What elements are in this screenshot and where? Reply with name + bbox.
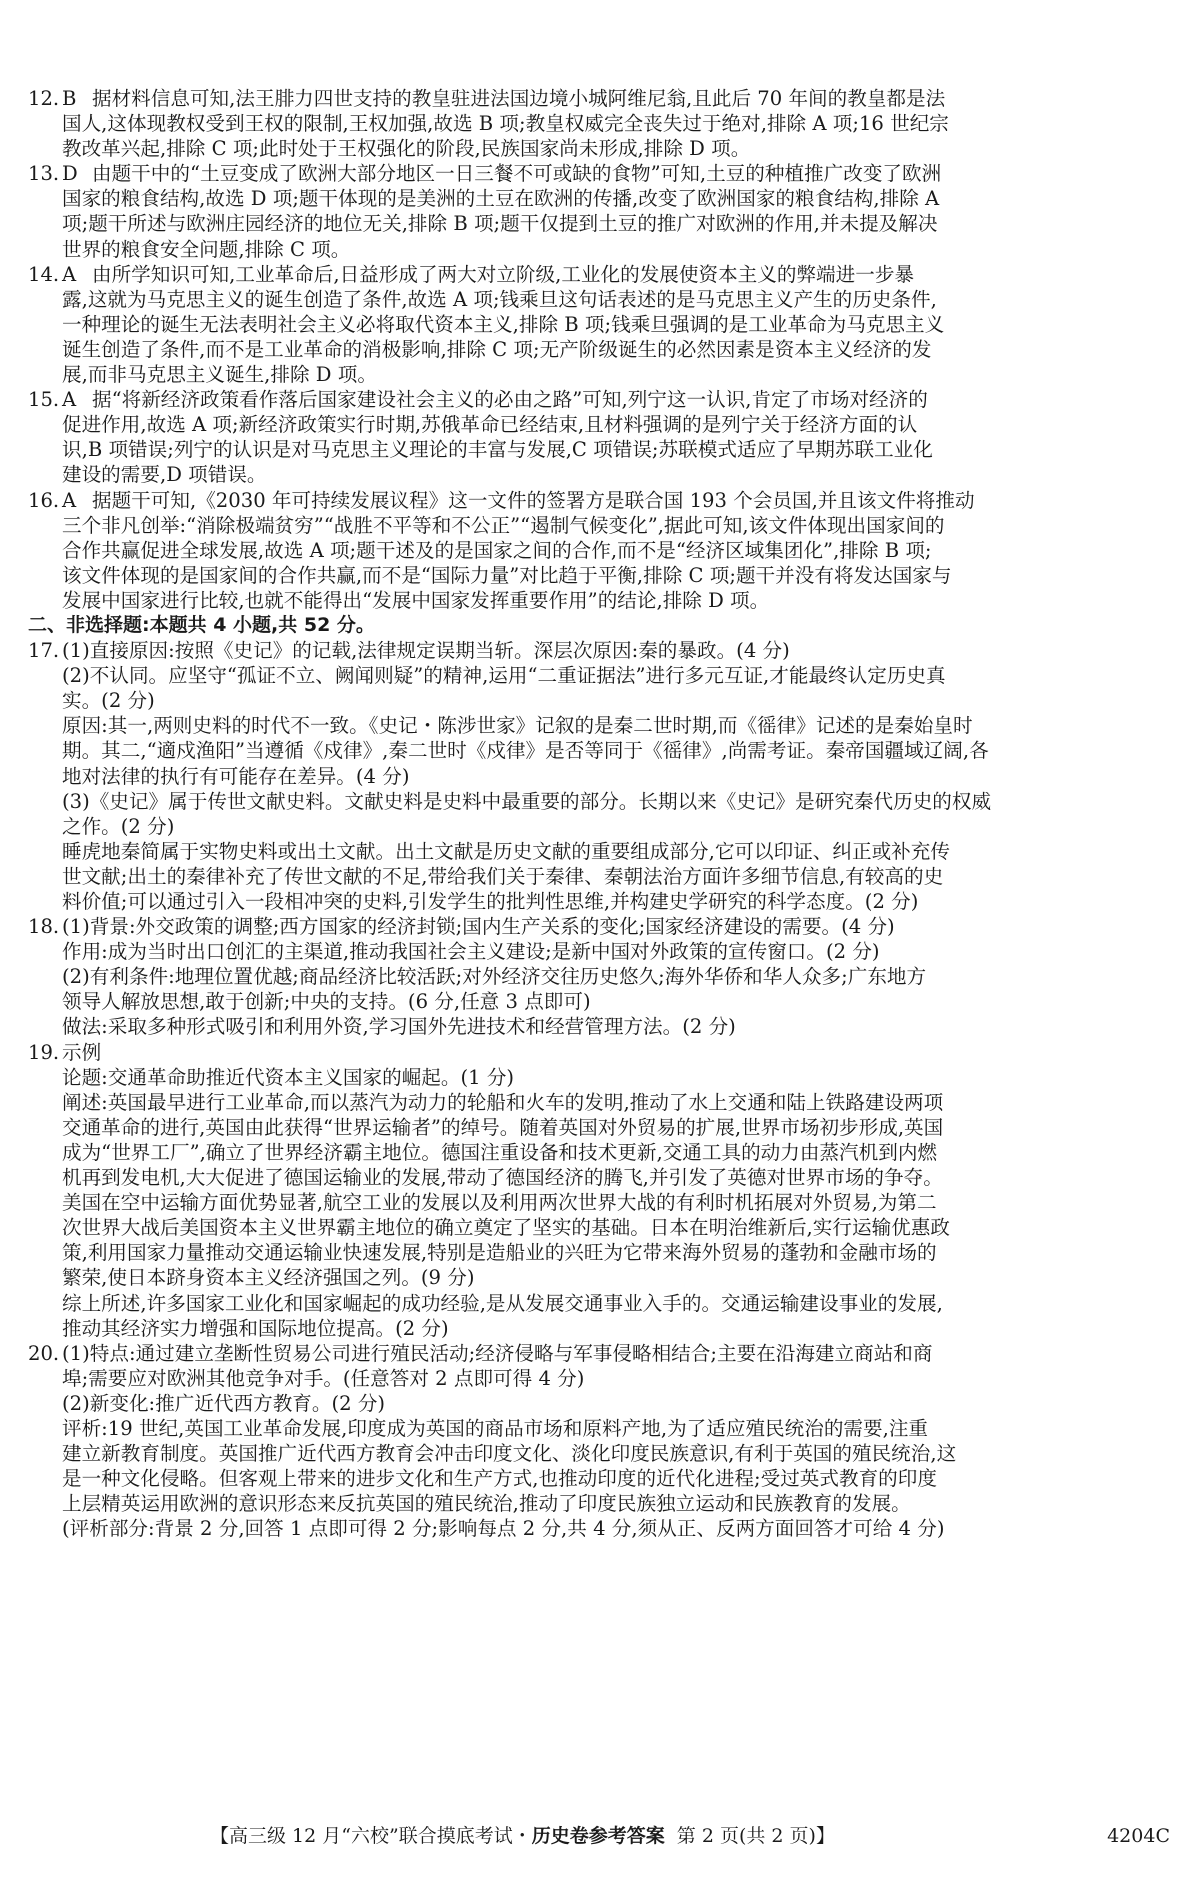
question-16: 16.A据题干可知,《2030 年可持续发展议程》这一文件的签署方是联合国 19… [28,488,1180,613]
answer-line: 12.B据材料信息可知,法王腓力四世支持的教皇驻进法国边境小城阿维尼翁,且此后 … [28,86,1180,111]
footer-exam-name: 高三级 12 月“六校”联合摸底考试・ [229,1825,532,1847]
answer-line: 16.A据题干可知,《2030 年可持续发展议程》这一文件的签署方是联合国 19… [28,488,1180,513]
answer-line: 料价值;可以通过引入一段相冲突的史料,引发学生的批判性思维,并构建史学研究的科学… [28,889,1180,914]
explanation-text: 由所学知识可知,工业革命后,日益形成了两大对立阶级,工业化的发展使资本主义的弊端… [92,263,914,286]
answer-line: 机再到发电机,大大促进了德国运输业的发展,带动了德国经济的腾飞,并引发了英德对世… [28,1165,1180,1190]
answer-line: 交通革命的进行,英国由此获得“世界运输者”的绰号。随着英国对外贸易的扩展,世界市… [28,1115,1180,1140]
answer-line: 建立新教育制度。英国推广近代西方教育会冲击印度文化、淡化印度民族意识,有利于英国… [28,1441,1180,1466]
answer-line: 15.A据“将新经济政策看作落后国家建设社会主义的必由之路”可知,列宁这一认识,… [28,387,1180,412]
answer-choice: A [62,387,92,412]
question-number: 15. [28,387,62,412]
question-number: 12. [28,86,62,111]
explanation-line: 促进作用,故选 A 项;新经济政策实行时期,苏俄革命已经结束,且材料强调的是列宁… [28,412,1180,437]
answer-line: (2)不认同。应坚守“孤证不立、阙闻则疑”的精神,运用“二重证据法”进行多元互证… [28,663,1180,688]
explanation-line: 世界的粮食安全问题,排除 C 项。 [28,237,1180,262]
explanation-line: 露,这就为马克思主义的诞生创造了条件,故选 A 项;钱乘旦这句话表述的是马克思主… [28,287,1180,312]
explanation-line: 项;题干所述与欧洲庄园经济的地位无关,排除 B 项;题干仅提到土豆的推广对欧洲的… [28,211,1180,236]
answer-line: 成为“世界工厂”,确立了世界经济霸主地位。德国注重设备和技术更新,交通工具的动力… [28,1140,1180,1165]
explanation-line: 该文件体现的是国家间的合作共赢,而不是“国际力量”对比趋于平衡,排除 C 项;题… [28,563,1180,588]
question-12: 12.B据材料信息可知,法王腓力四世支持的教皇驻进法国边境小城阿维尼翁,且此后 … [28,86,1180,161]
answer-line: 策,利用国家力量推动交通运输业快速发展,特别是造船业的兴旺为它带来海外贸易的蓬勃… [28,1240,1180,1265]
footer-open-bracket: 【 [210,1825,229,1847]
answer-text: (1)直接原因:按照《史记》的记载,法律规定误期当斩。深层次原因:秦的暴政。(4… [62,639,790,662]
explanation-line: 三个非凡创举:“消除极端贫穷”“战胜不平等和不公正”“遏制气候变化”,据此可知,… [28,513,1180,538]
answer-line: 综上所述,许多国家工业化和国家崛起的成功经验,是从发展交通事业入手的。交通运输建… [28,1291,1180,1316]
question-19: 19.示例 论题:交通革命助推近代资本主义国家的崛起。(1 分) 阐述:英国最早… [28,1040,1180,1341]
answer-line: 埠;需要应对欧洲其他竞争对手。(任意答对 2 点即可得 4 分) [28,1366,1180,1391]
question-17: 17.(1)直接原因:按照《史记》的记载,法律规定误期当斩。深层次原因:秦的暴政… [28,638,1180,914]
answer-line: 论题:交通革命助推近代资本主义国家的崛起。(1 分) [28,1065,1180,1090]
answer-line: 18.(1)背景:外交政策的调整;西方国家的经济封锁;国内生产关系的变化;国家经… [28,914,1180,939]
footer-close-bracket: 】 [816,1825,835,1847]
explanation-line: 展,而非马克思主义诞生,排除 D 项。 [28,362,1180,387]
answer-line: 领导人解放思想,敢于创新;中央的支持。(6 分,任意 3 点即可) [28,989,1180,1014]
explanation-text: 据题干可知,《2030 年可持续发展议程》这一文件的签署方是联合国 193 个会… [92,489,975,512]
answer-line: 美国在空中运输方面优势显著,航空工业的发展以及利用两次世界大战的有利时机拓展对外… [28,1190,1180,1215]
explanation-line: 国家的粮食结构,故选 D 项;题干体现的是美洲的土豆在欧洲的传播,改变了欧洲国家… [28,186,1180,211]
answer-line: 推动其经济实力增强和国际地位提高。(2 分) [28,1316,1180,1341]
answer-line: 阐述:英国最早进行工业革命,而以蒸汽为动力的轮船和火车的发明,推动了水上交通和陆… [28,1090,1180,1115]
explanation-text: 据材料信息可知,法王腓力四世支持的教皇驻进法国边境小城阿维尼翁,且此后 70 年… [92,87,945,110]
explanation-line: 合作共赢促进全球发展,故选 A 项;题干述及的是国家之间的合作,而不是“经济区域… [28,538,1180,563]
answer-line: 上层精英运用欧洲的意识形态来反抗英国的殖民统治,推动了印度民族独立运动和民族教育… [28,1491,1180,1516]
answer-choice: A [62,262,92,287]
explanation-line: 国人,这体现教权受到王权的限制,王权加强,故选 B 项;教皇权威完全丧失过于绝对… [28,111,1180,136]
answer-line: (2)新变化:推广近代西方教育。(2 分) [28,1391,1180,1416]
question-13: 13.D由题干中的“土豆变成了欧洲大部分地区一日三餐不可或缺的食物”可知,土豆的… [28,161,1180,261]
answer-line: 评析:19 世纪,英国工业革命发展,印度成为英国的商品市场和原料产地,为了适应殖… [28,1416,1180,1441]
explanation-text: 由题干中的“土豆变成了欧洲大部分地区一日三餐不可或缺的食物”可知,土豆的种植推广… [92,162,941,185]
explanation-line: 识,B 项错误;列宁的认识是对马克思主义理论的丰富与发展,C 项错误;苏联模式适… [28,437,1180,462]
answer-line: 13.D由题干中的“土豆变成了欧洲大部分地区一日三餐不可或缺的食物”可知,土豆的… [28,161,1180,186]
footer-doc-title: 历史卷参考答案 [532,1825,665,1847]
answer-line: 繁荣,使日本跻身资本主义经济强国之列。(9 分) [28,1265,1180,1290]
explanation-line: 发展中国家进行比较,也就不能得出“发展中国家发挥重要作用”的结论,排除 D 项。 [28,588,1180,613]
answer-line: 实。(2 分) [28,688,1180,713]
answer-line: (2)有利条件:地理位置优越;商品经济比较活跃;对外经济交往历史悠久;海外华侨和… [28,964,1180,989]
answer-line: 14.A由所学知识可知,工业革命后,日益形成了两大对立阶级,工业化的发展使资本主… [28,262,1180,287]
footer-doc-code: 4204C [1107,1822,1170,1850]
question-20: 20.(1)特点:通过建立垄断性贸易公司进行殖民活动;经济侵略与军事侵略相结合;… [28,1341,1180,1542]
answer-line: 20.(1)特点:通过建立垄断性贸易公司进行殖民活动;经济侵略与军事侵略相结合;… [28,1341,1180,1366]
question-number: 20. [28,1341,62,1366]
question-number: 14. [28,262,62,287]
answer-text: (1)特点:通过建立垄断性贸易公司进行殖民活动;经济侵略与军事侵略相结合;主要在… [62,1342,933,1365]
question-number: 17. [28,638,62,663]
answer-choice: A [62,488,92,513]
answer-line: 世文献;出土的秦律补充了传世文献的不足,带给我们关于秦律、秦朝法治方面许多细节信… [28,864,1180,889]
answer-line: 期。其二,“適戍渔阳”当遵循《戍律》,秦二世时《戍律》是否等同于《徭律》,尚需考… [28,738,1180,763]
explanation-line: 教改革兴起,排除 C 项;此时处于王权强化的阶段,民族国家尚未形成,排除 D 项… [28,136,1180,161]
answer-text: 示例 [62,1041,101,1064]
answer-line: (3)《史记》属于传世文献史料。文献史料是史料中最重要的部分。长期以来《史记》是… [28,789,1180,814]
question-number: 16. [28,488,62,513]
question-15: 15.A据“将新经济政策看作落后国家建设社会主义的必由之路”可知,列宁这一认识,… [28,387,1180,487]
answer-line: 睡虎地秦简属于实物史料或出土文献。出土文献是历史文献的重要组成部分,它可以印证、… [28,839,1180,864]
explanation-line: 建设的需要,D 项错误。 [28,462,1180,487]
answer-line: 作用:成为当时出口创汇的主渠道,推动我国社会主义建设;是新中国对外政策的宣传窗口… [28,939,1180,964]
answer-choice: B [62,86,92,111]
answer-line: (评析部分:背景 2 分,回答 1 点即可得 2 分;影响每点 2 分,共 4 … [28,1516,1180,1541]
answer-document: 12.B据材料信息可知,法王腓力四世支持的教皇驻进法国边境小城阿维尼翁,且此后 … [28,86,1180,1541]
answer-text: (1)背景:外交政策的调整;西方国家的经济封锁;国内生产关系的变化;国家经济建设… [62,915,895,938]
answer-line: 之作。(2 分) [28,814,1180,839]
page-footer: 【高三级 12 月“六校”联合摸底考试・历史卷参考答案 第 2 页(共 2 页)… [210,1822,1180,1850]
footer-page-info: 第 2 页(共 2 页) [665,1825,816,1847]
answer-line: 地对法律的执行有可能存在差异。(4 分) [28,764,1180,789]
explanation-line: 诞生创造了条件,而不是工业革命的消极影响,排除 C 项;无产阶级诞生的必然因素是… [28,337,1180,362]
answer-line: 19.示例 [28,1040,1180,1065]
answer-line: 17.(1)直接原因:按照《史记》的记载,法律规定误期当斩。深层次原因:秦的暴政… [28,638,1180,663]
explanation-line: 一种理论的诞生无法表明社会主义必将取代资本主义,排除 B 项;钱乘旦强调的是工业… [28,312,1180,337]
section-heading-non-choice: 二、非选择题:本题共 4 小题,共 52 分。 [28,613,1180,638]
answer-line: 原因:其一,两则史料的时代不一致。《史记・陈涉世家》记叙的是秦二世时期,而《徭律… [28,713,1180,738]
answer-line: 是一种文化侵略。但客观上带来的进步文化和生产方式,也推动印度的近代化进程;受过英… [28,1466,1180,1491]
answer-choice: D [62,161,92,186]
question-14: 14.A由所学知识可知,工业革命后,日益形成了两大对立阶级,工业化的发展使资本主… [28,262,1180,387]
question-number: 13. [28,161,62,186]
question-number: 19. [28,1040,62,1065]
question-18: 18.(1)背景:外交政策的调整;西方国家的经济封锁;国内生产关系的变化;国家经… [28,914,1180,1039]
answer-line: 次世界大战后美国资本主义世界霸主地位的确立奠定了坚实的基础。日本在明治维新后,实… [28,1215,1180,1240]
explanation-text: 据“将新经济政策看作落后国家建设社会主义的必由之路”可知,列宁这一认识,肯定了市… [92,388,928,411]
question-number: 18. [28,914,62,939]
answer-line: 做法:采取多种形式吸引和利用外资,学习国外先进技术和经营管理方法。(2 分) [28,1014,1180,1039]
